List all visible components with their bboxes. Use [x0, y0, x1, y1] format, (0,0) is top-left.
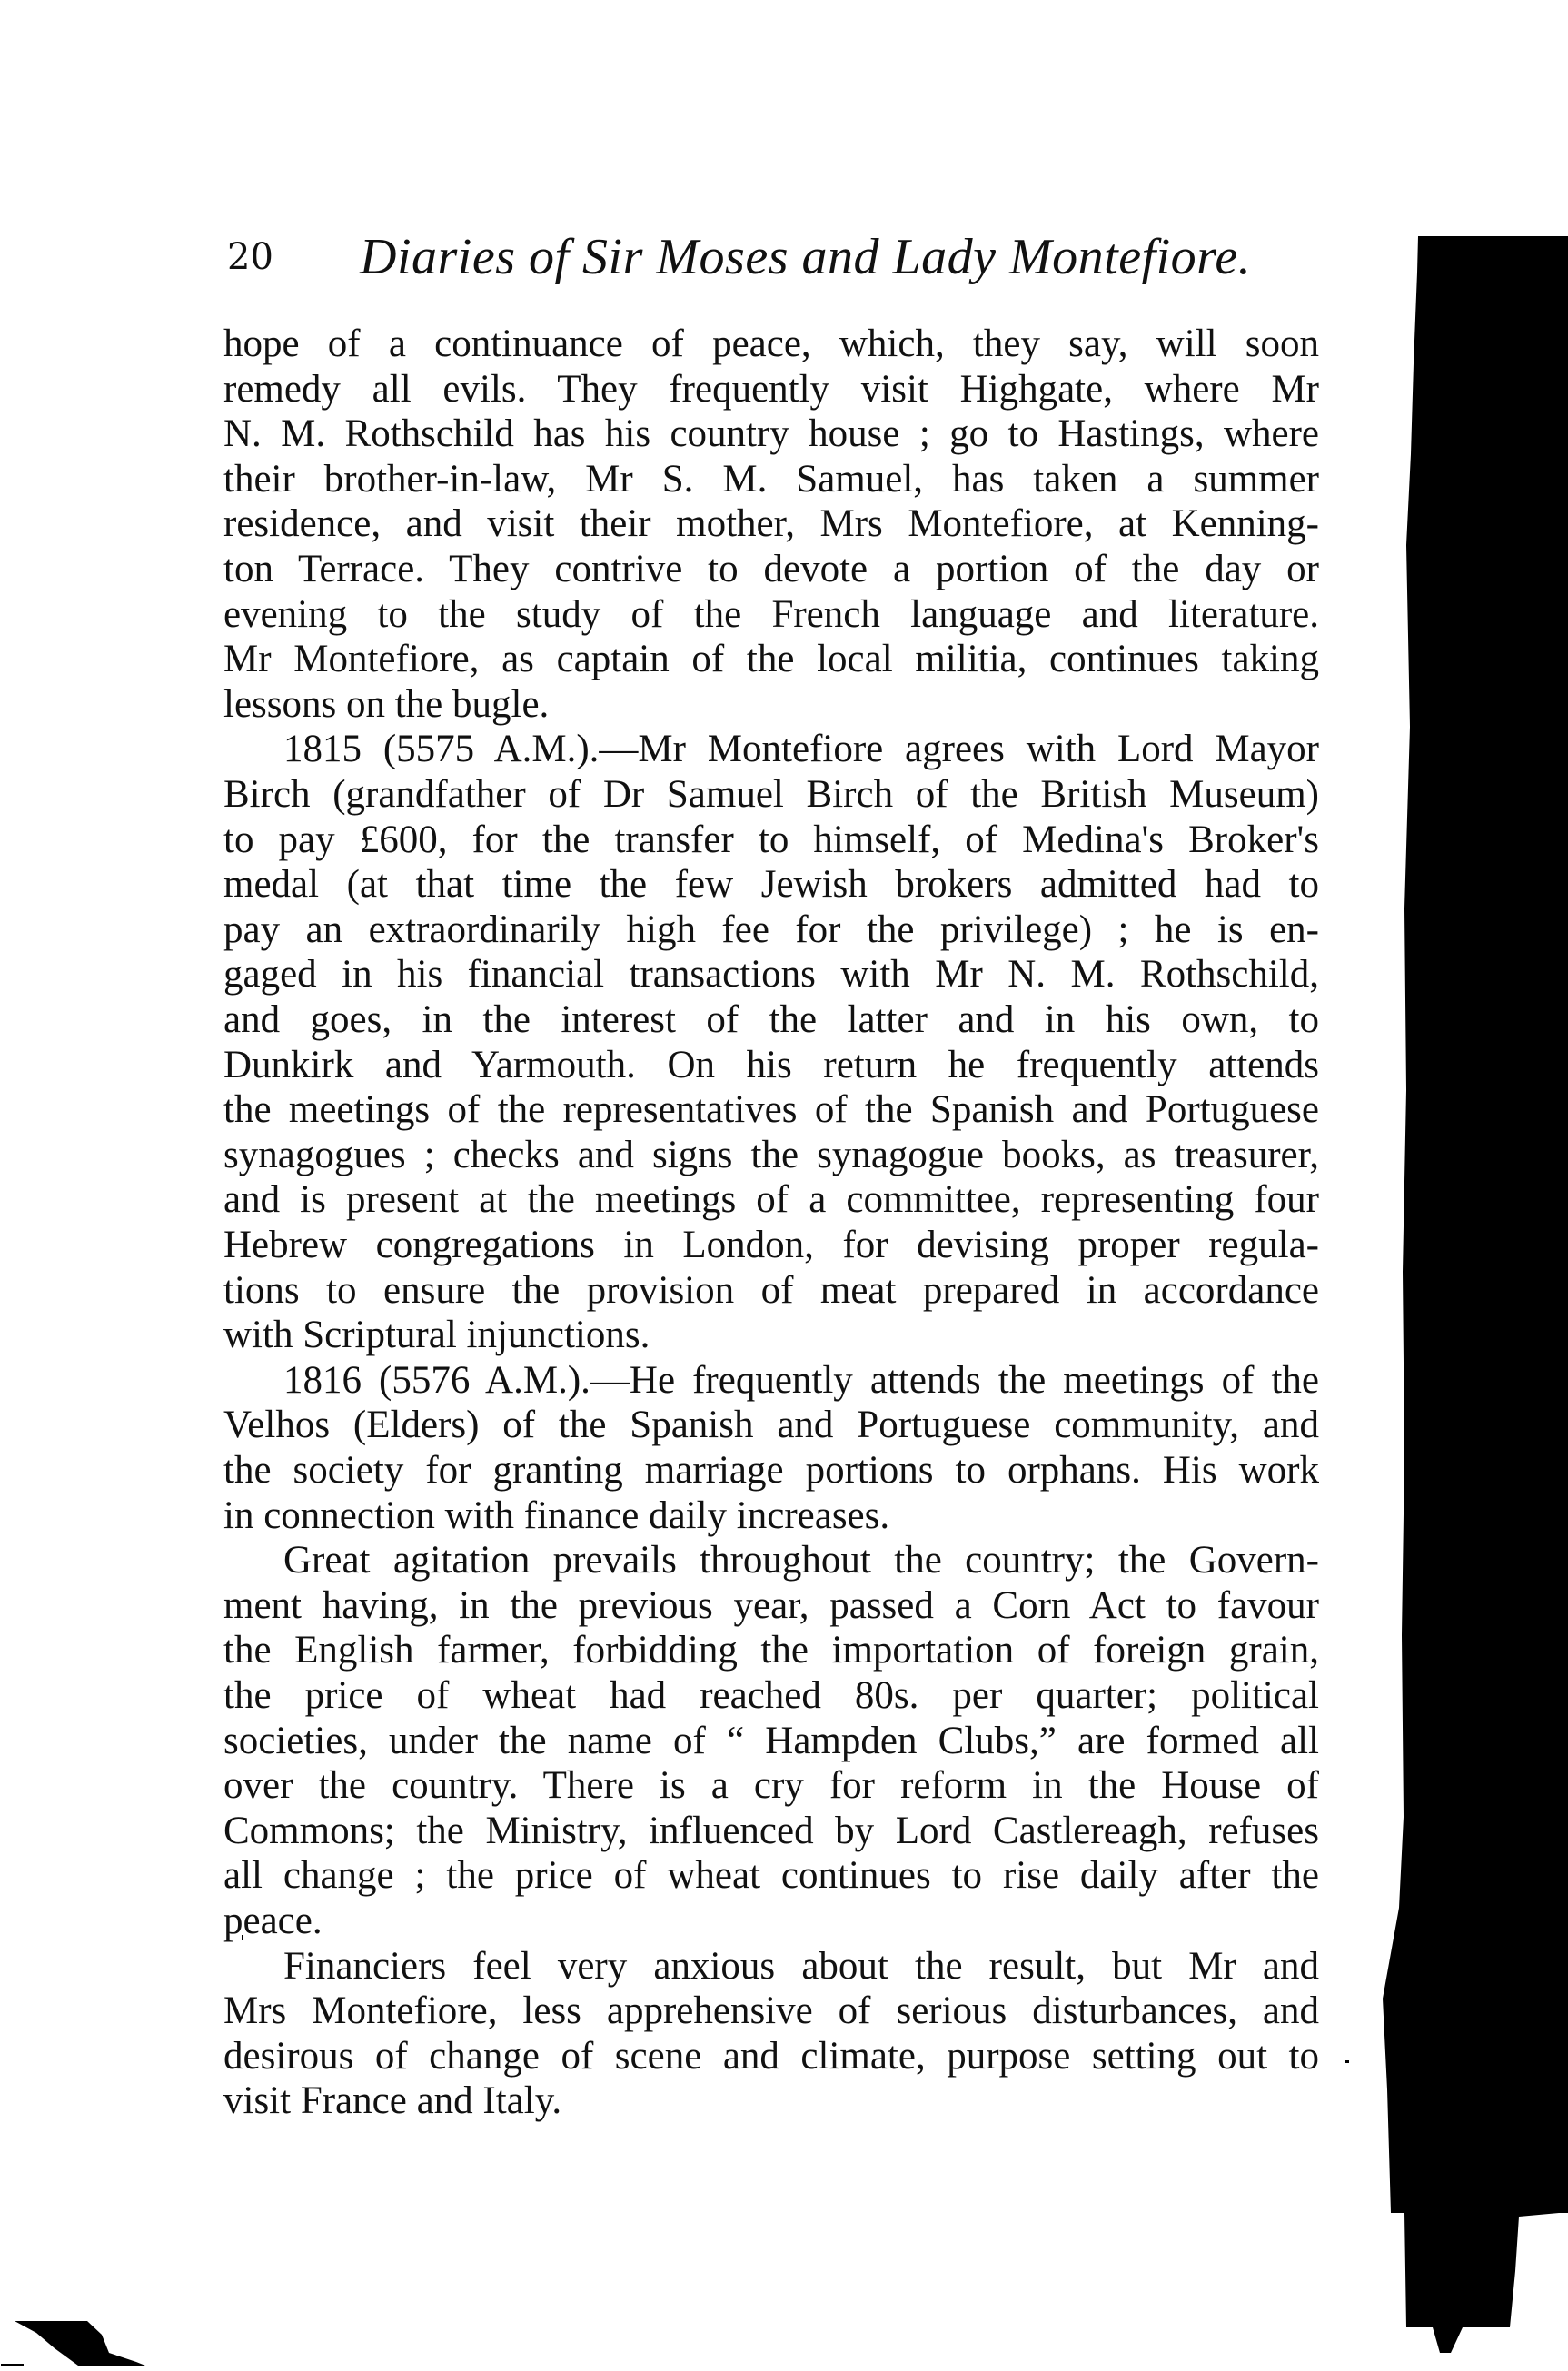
scan-artifact-bottom-left	[15, 2321, 145, 2366]
book-page: 20 Diaries of Sir Moses and Lady Montefi…	[0, 0, 1568, 2371]
scan-edge-right	[0, 0, 1568, 2371]
